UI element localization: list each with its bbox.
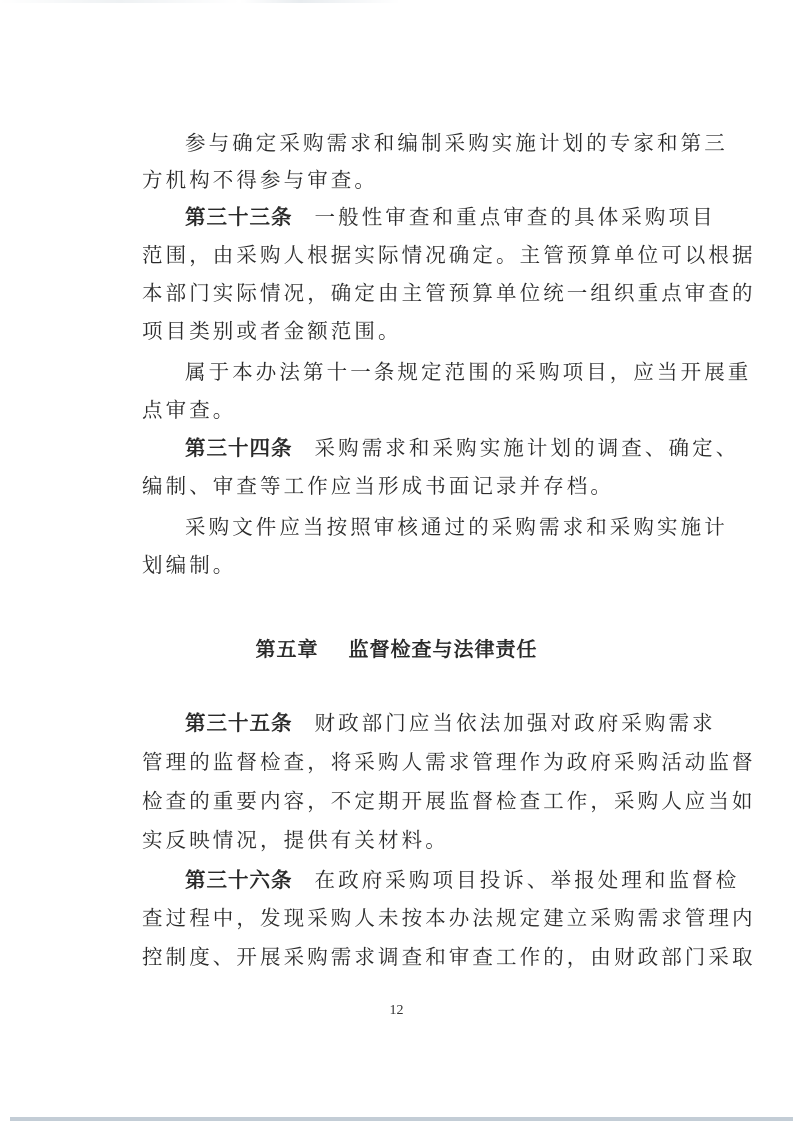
article-label: 第三十五条 xyxy=(185,711,293,735)
paragraph-line: 控制度、开展采购需求调查和审查工作的，由财政部门采取 xyxy=(142,943,662,971)
paragraph-line: 查过程中，发现采购人未按本办法规定建立采购需求管理内 xyxy=(142,904,662,932)
document-page: 参与确定采购需求和编制采购实施计划的专家和第三 方机构不得参与审查。 第三十三条… xyxy=(0,0,793,1121)
article-34-line: 第三十四条采购需求和采购实施计划的调查、确定、 xyxy=(185,434,705,462)
article-35-line: 第三十五条财政部门应当依法加强对政府采购需求 xyxy=(185,709,705,737)
paragraph-line: 属于本办法第十一条规定范围的采购项目，应当开展重 xyxy=(185,358,705,386)
page-edge-divider xyxy=(10,1117,793,1121)
page-number: 12 xyxy=(0,1003,793,1019)
paragraph-line: 项目类别或者金额范围。 xyxy=(142,317,662,345)
paragraph-line: 编制、审查等工作应当形成书面记录并存档。 xyxy=(142,472,662,500)
paragraph-line: 管理的监督检查，将采购人需求管理作为政府采购活动监督 xyxy=(142,748,662,776)
paragraph-line: 点审查。 xyxy=(142,396,662,424)
article-33-line: 第三十三条一般性审查和重点审查的具体采购项目 xyxy=(185,203,705,231)
paragraph-line: 检查的重要内容，不定期开展监督检查工作，采购人应当如 xyxy=(142,787,662,815)
paragraph-line: 范围，由采购人根据实际情况确定。主管预算单位可以根据 xyxy=(142,241,662,269)
paragraph-line: 参与确定采购需求和编制采购实施计划的专家和第三 xyxy=(185,129,705,157)
paragraph-line: 采购文件应当按照审核通过的采购需求和采购实施计 xyxy=(185,513,705,541)
article-text: 一般性审查和重点审查的具体采购项目 xyxy=(315,205,716,229)
paragraph-line: 本部门实际情况，确定由主管预算单位统一组织重点审查的 xyxy=(142,279,662,307)
scan-artifact xyxy=(0,0,400,3)
article-text: 在政府采购项目投诉、举报处理和监督检 xyxy=(315,868,740,892)
paragraph-line: 方机构不得参与审查。 xyxy=(142,166,662,194)
article-text: 采购需求和采购实施计划的调查、确定、 xyxy=(315,436,740,460)
chapter-number: 第五章 xyxy=(256,637,319,661)
chapter-heading: 第五章监督检查与法律责任 xyxy=(0,633,793,662)
paragraph-line: 划编制。 xyxy=(142,551,662,579)
article-label: 第三十四条 xyxy=(185,436,293,460)
article-text: 财政部门应当依法加强对政府采购需求 xyxy=(315,711,716,735)
chapter-title: 监督检查与法律责任 xyxy=(349,637,538,661)
article-36-line: 第三十六条在政府采购项目投诉、举报处理和监督检 xyxy=(185,866,705,894)
article-label: 第三十六条 xyxy=(185,868,293,892)
article-label: 第三十三条 xyxy=(185,205,293,229)
paragraph-line: 实反映情况，提供有关材料。 xyxy=(142,826,662,854)
